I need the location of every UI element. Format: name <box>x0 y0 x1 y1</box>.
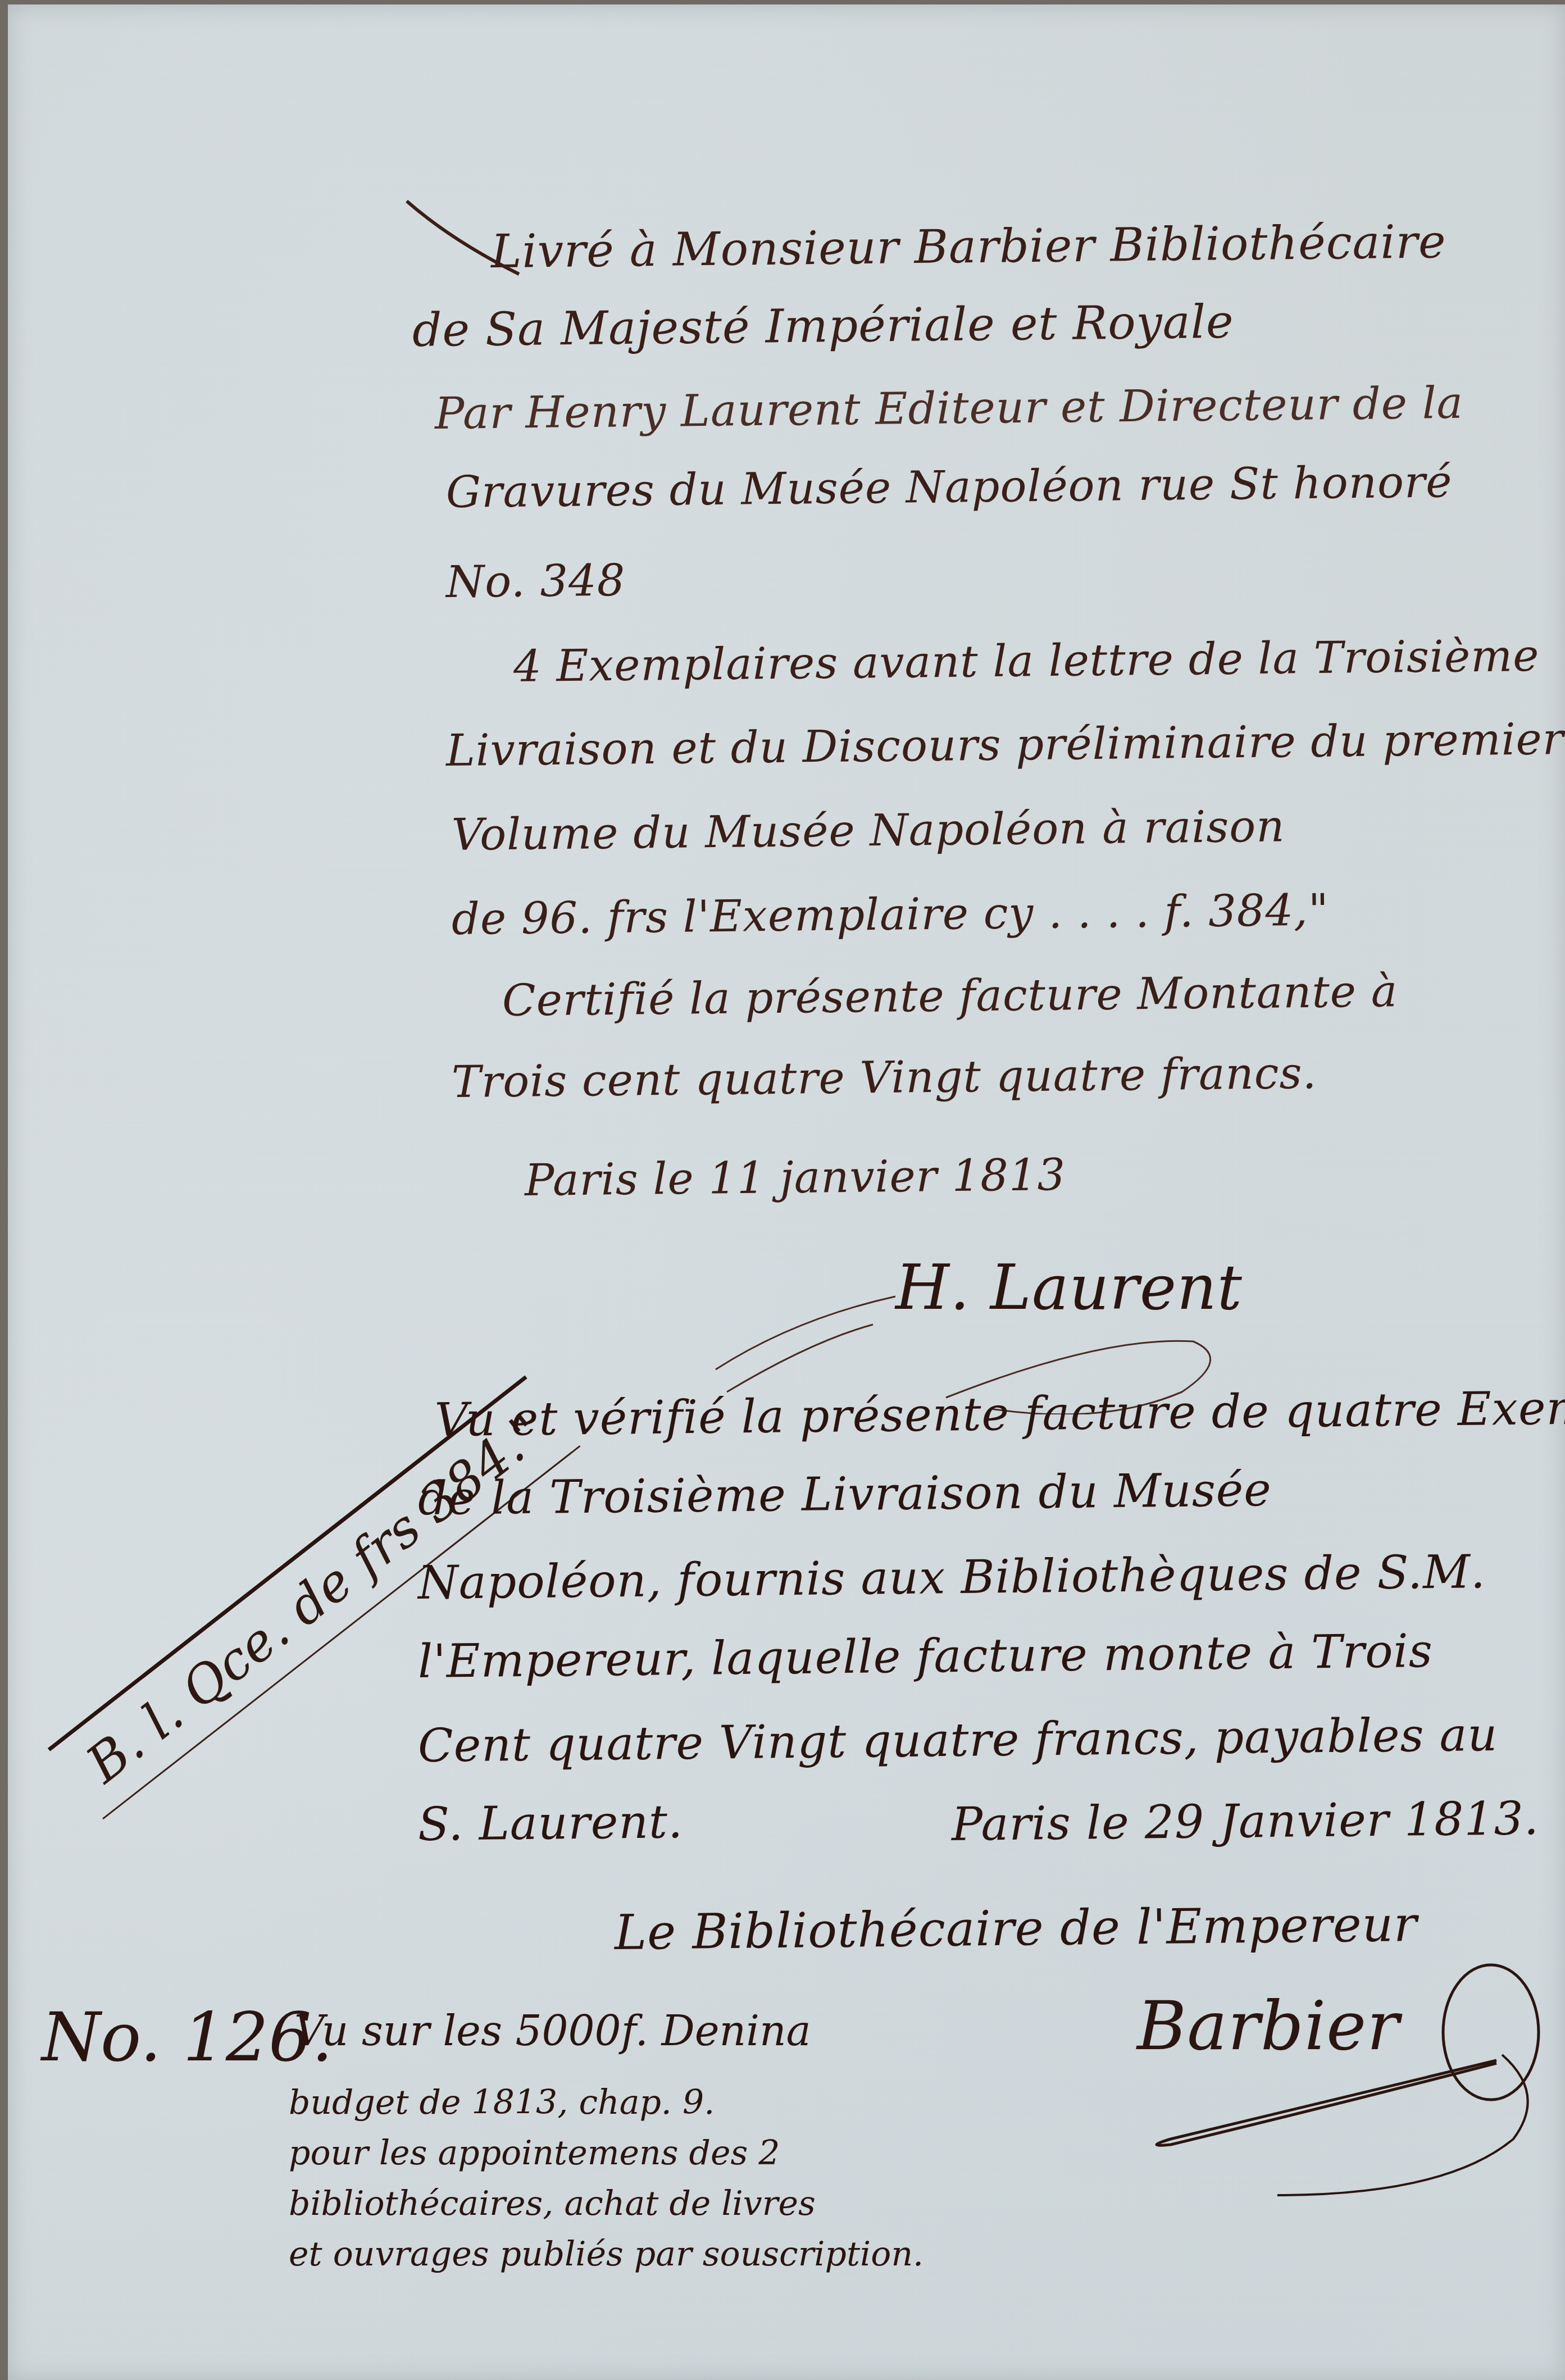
barbier-signature: Barbier <box>1137 1987 1400 2065</box>
document-page: Livré à Monsieur Barbier Bibliothécaire … <box>8 4 1565 2380</box>
invoice-line-1: Livré à Monsieur Barbier Bibliothécaire <box>491 219 1446 275</box>
laurent-signature: H. Laurent <box>895 1252 1243 1323</box>
verification-place-date: Paris le 29 Janvier 1813. <box>952 1796 1540 1848</box>
invoice-line-2: de Sa Majesté Impériale et Royale <box>412 299 1234 354</box>
invoice-number: No. 348 <box>446 559 626 604</box>
verification-line-4: l'Empereur, laquelle facture monte à Tro… <box>418 1628 1434 1685</box>
verification-line-6: S. Laurent. <box>418 1799 684 1848</box>
registry-line-2: budget de 1813, chap. 9. <box>289 2083 715 2122</box>
invoice-line-4: Gravures du Musée Napoléon rue St honoré <box>446 460 1453 515</box>
invoice-line-7: Livraison et du Discours préliminaire du… <box>446 717 1564 773</box>
invoice-total-words: Trois cent quatre Vingt quatre francs. <box>452 1052 1317 1104</box>
invoice-place-date: Paris le 11 janvier 1813 <box>525 1153 1066 1203</box>
registry-line-5: et ouvrages publiés par souscription. <box>289 2235 923 2274</box>
registry-line-3: pour les appointemens des 2 <box>289 2133 780 2173</box>
verification-line-3: Napoléon, fournis aux Bibliothèques de S… <box>418 1549 1486 1607</box>
verification-line-1: Vu et vérifié la présente facture de qua… <box>435 1385 1565 1444</box>
librarian-title: Le Bibliothécaire de l'Empereur <box>615 1900 1418 1957</box>
invoice-amount-line: de 96. frs l'Exemplaire cy . . . . f. 38… <box>452 889 1330 941</box>
registry-number: No. 126. <box>42 1999 333 2077</box>
invoice-line-6: 4 Exemplaires avant la lettre de la Troi… <box>513 634 1540 689</box>
registry-line-4: bibliothécaires, achat de livres <box>289 2184 816 2223</box>
verification-line-5: Cent quatre Vingt quatre francs, payable… <box>418 1712 1498 1769</box>
invoice-certification-line: Certifié la présente facture Montante à <box>502 970 1398 1023</box>
invoice-line-3: Par Henry Laurent Editeur et Directeur d… <box>435 381 1464 436</box>
invoice-line-8: Volume du Musée Napoléon à raison <box>452 804 1285 857</box>
verification-line-2: de la Troisième Livraison du Musée <box>418 1467 1272 1522</box>
registry-line-1: Vu sur les 5000f. Denina <box>294 2007 811 2055</box>
